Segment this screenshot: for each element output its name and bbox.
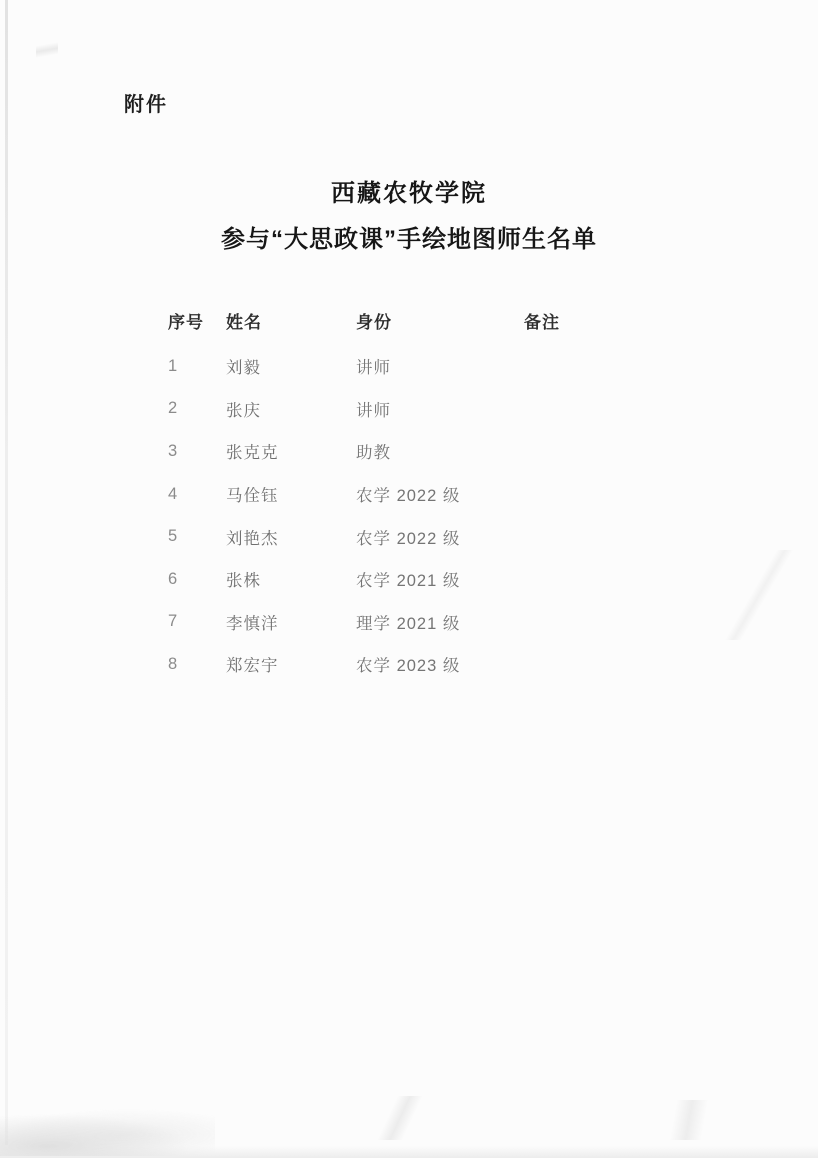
cell-identity: 农学 2022 级 [356,525,524,549]
cell-name: 刘毅 [226,354,356,378]
cell-identity: 农学 2023 级 [356,652,524,676]
cell-identity: 助教 [356,439,524,463]
cell-identity: 理学 2021 级 [356,610,524,634]
table-row: 5 刘艳杰 农学 2022 级 [168,515,728,558]
doc-title-line2: 参与“大思政课”手绘地图师生名单 [0,219,818,254]
table-body: 1 刘毅 讲师 2 张庆 讲师 3 张克克 助教 4 马佺钰 农学 2022 级 [168,345,728,686]
header-cell-identity: 身份 [356,308,524,333]
scan-artifact-top-left [36,14,58,86]
cell-name: 刘艳杰 [226,525,356,549]
doc-title-line1: 西藏农牧学院 [0,173,818,208]
cell-no: 7 [168,612,226,631]
table-row: 6 张株 农学 2021 级 [168,558,728,601]
cell-name: 张庆 [226,397,356,421]
cell-name: 郑宏宇 [226,652,356,676]
cell-no: 5 [168,527,226,546]
header-cell-remark: 备注 [524,308,724,333]
cell-no: 3 [168,442,226,461]
cell-name: 李慎洋 [226,610,356,634]
scanned-document-page: 附件 西藏农牧学院 参与“大思政课”手绘地图师生名单 序号 姓名 身份 备注 1… [0,0,818,1158]
cell-identity: 农学 2021 级 [356,567,524,591]
cell-identity: 讲师 [356,354,524,378]
cell-no: 4 [168,485,226,504]
roster-table: 序号 姓名 身份 备注 1 刘毅 讲师 2 张庆 讲师 3 张克克 助教 [168,308,728,686]
table-row: 1 刘毅 讲师 [168,345,728,388]
header-cell-name: 姓名 [226,308,356,333]
table-row: 2 张庆 讲师 [168,388,728,431]
cell-identity: 农学 2022 级 [356,482,524,506]
cell-no: 8 [168,655,226,674]
scan-crease-bottom-right [560,1100,818,1140]
attachment-label: 附件 [124,88,168,117]
table-row: 3 张克克 助教 [168,430,728,473]
scan-shadow-bottom [0,1146,818,1158]
scan-crease-bottom-left [250,1096,550,1140]
cell-identity: 讲师 [356,397,524,421]
table-row: 8 郑宏宇 农学 2023 级 [168,643,728,686]
cell-no: 2 [168,399,226,418]
cell-name: 张株 [226,567,356,591]
table-header-row: 序号 姓名 身份 备注 [168,308,728,332]
cell-no: 1 [168,357,226,376]
cell-name: 马佺钰 [226,482,356,506]
cell-no: 6 [168,570,226,589]
cell-name: 张克克 [226,439,356,463]
scan-edge-line [5,0,8,1145]
header-cell-no: 序号 [168,308,226,333]
table-row: 4 马佺钰 农学 2022 级 [168,473,728,516]
table-row: 7 李慎洋 理学 2021 级 [168,601,728,644]
